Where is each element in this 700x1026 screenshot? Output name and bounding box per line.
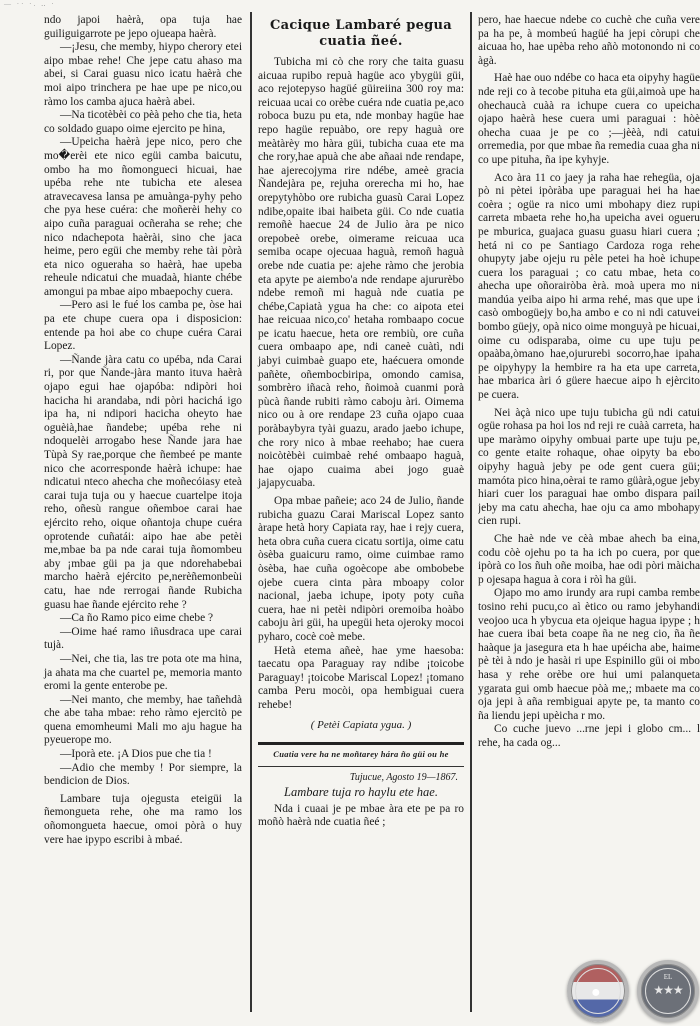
section-banner: Cuatia vere ha ne moñtarey hára ño güi o… bbox=[258, 748, 464, 762]
page-header-noise: — ·· ·. ‥ · bbox=[0, 0, 700, 14]
paragraph: Nda i cuaai je pe mbae àra ete pe pa ro … bbox=[258, 803, 464, 830]
stars-coin-logo: EL ★★★ bbox=[637, 960, 699, 1022]
paragraph: Opa mbae pañeie; aco 24 de Julio, ñande … bbox=[258, 495, 464, 645]
column-center: Cacique Lambaré pegua cuatia ñeé. Tubich… bbox=[258, 14, 464, 830]
paragraph: Co cuche juevo ...rne jepi i globo cm...… bbox=[478, 723, 700, 750]
section-rule-thin bbox=[258, 766, 464, 767]
paragraph: —Ca ño Ramo pico eime chebe ? bbox=[44, 612, 242, 626]
section-rule-thick bbox=[258, 742, 464, 745]
paragraph: pero, hae haecue ndebe co cuchè che cuña… bbox=[478, 14, 700, 68]
paragraph: Che haè nde ve cèà mbae ahech ba eina, c… bbox=[478, 533, 700, 587]
paraguay-flag-coin-logo: ● bbox=[567, 960, 629, 1022]
paragraph: —¡Jesu, che memby, hiypo cherory etei ai… bbox=[44, 41, 242, 109]
paragraph: Haè hae ouo ndébe co haca eta oipyhy hag… bbox=[478, 72, 700, 167]
paragraph: —Upeicha haèrà jepe nico, pero che mo�er… bbox=[44, 136, 242, 299]
paragraph: —Nei, che tia, las tre pota ote ma hina,… bbox=[44, 653, 242, 694]
column-divider-2 bbox=[470, 12, 472, 1012]
stars-icon: ★★★ bbox=[641, 983, 695, 998]
paragraph: —Adio che memby ! Por siempre, la bendic… bbox=[44, 762, 242, 789]
paragraph: Aco àra 11 co jaey ja raha hae rehegüa, … bbox=[478, 172, 700, 403]
column-divider-1 bbox=[250, 12, 252, 1012]
paragraph: —Iporà ete. ¡A Dios pue che tia ! bbox=[44, 748, 242, 762]
paragraph: Nei àçà nico upe tuju tubicha gü ndi cat… bbox=[478, 407, 700, 529]
article-signature: ( Petèi Capiata ygua. ) bbox=[258, 719, 464, 733]
paragraph: —Oime haé ramo iñusdraca upe carai tujà. bbox=[44, 626, 242, 653]
paragraph: Lambare tuja ojegusta eteigüi la ñemongu… bbox=[44, 793, 242, 847]
paraguay-map-icon: ● bbox=[591, 984, 601, 1002]
dateline: Tujucue, Agosto 19—1867. bbox=[258, 771, 458, 785]
paragraph: —Na ticotèbèi co pèà peho che tia, heta … bbox=[44, 109, 242, 136]
column-right: pero, hae haecue ndebe co cuchè che cuña… bbox=[478, 14, 700, 750]
paragraph: Ojapo mo amo irundy ara rupi camba rembe… bbox=[478, 587, 700, 723]
paragraph: Hetà etema añeè, hae yme haesoba: taecat… bbox=[258, 645, 464, 713]
column-left: ndo japoi haèrà, opa tuja hae guiliguiga… bbox=[44, 14, 242, 847]
paragraph: —Ñande jàra catu co upéba, nda Carai ri,… bbox=[44, 354, 242, 612]
letter-heading: Lambare tuja ro haylu ete hae. bbox=[258, 786, 464, 800]
paragraph: —Nei manto, che memby, hae tañehdà che a… bbox=[44, 694, 242, 748]
paragraph: Tubicha mi cò che rory che taita guasu a… bbox=[258, 56, 464, 491]
paragraph: ndo japoi haèrà, opa tuja hae guiliguiga… bbox=[44, 14, 242, 41]
newspaper-page: — ·· ·. ‥ · ndo japoi haèrà, opa tuja ha… bbox=[0, 0, 700, 1026]
article-headline: Cacique Lambaré pegua cuatia ñeé. bbox=[258, 18, 464, 50]
coin-label: EL bbox=[641, 973, 695, 981]
paragraph: —Pero asi le fué los camba pe, òse hai p… bbox=[44, 299, 242, 353]
